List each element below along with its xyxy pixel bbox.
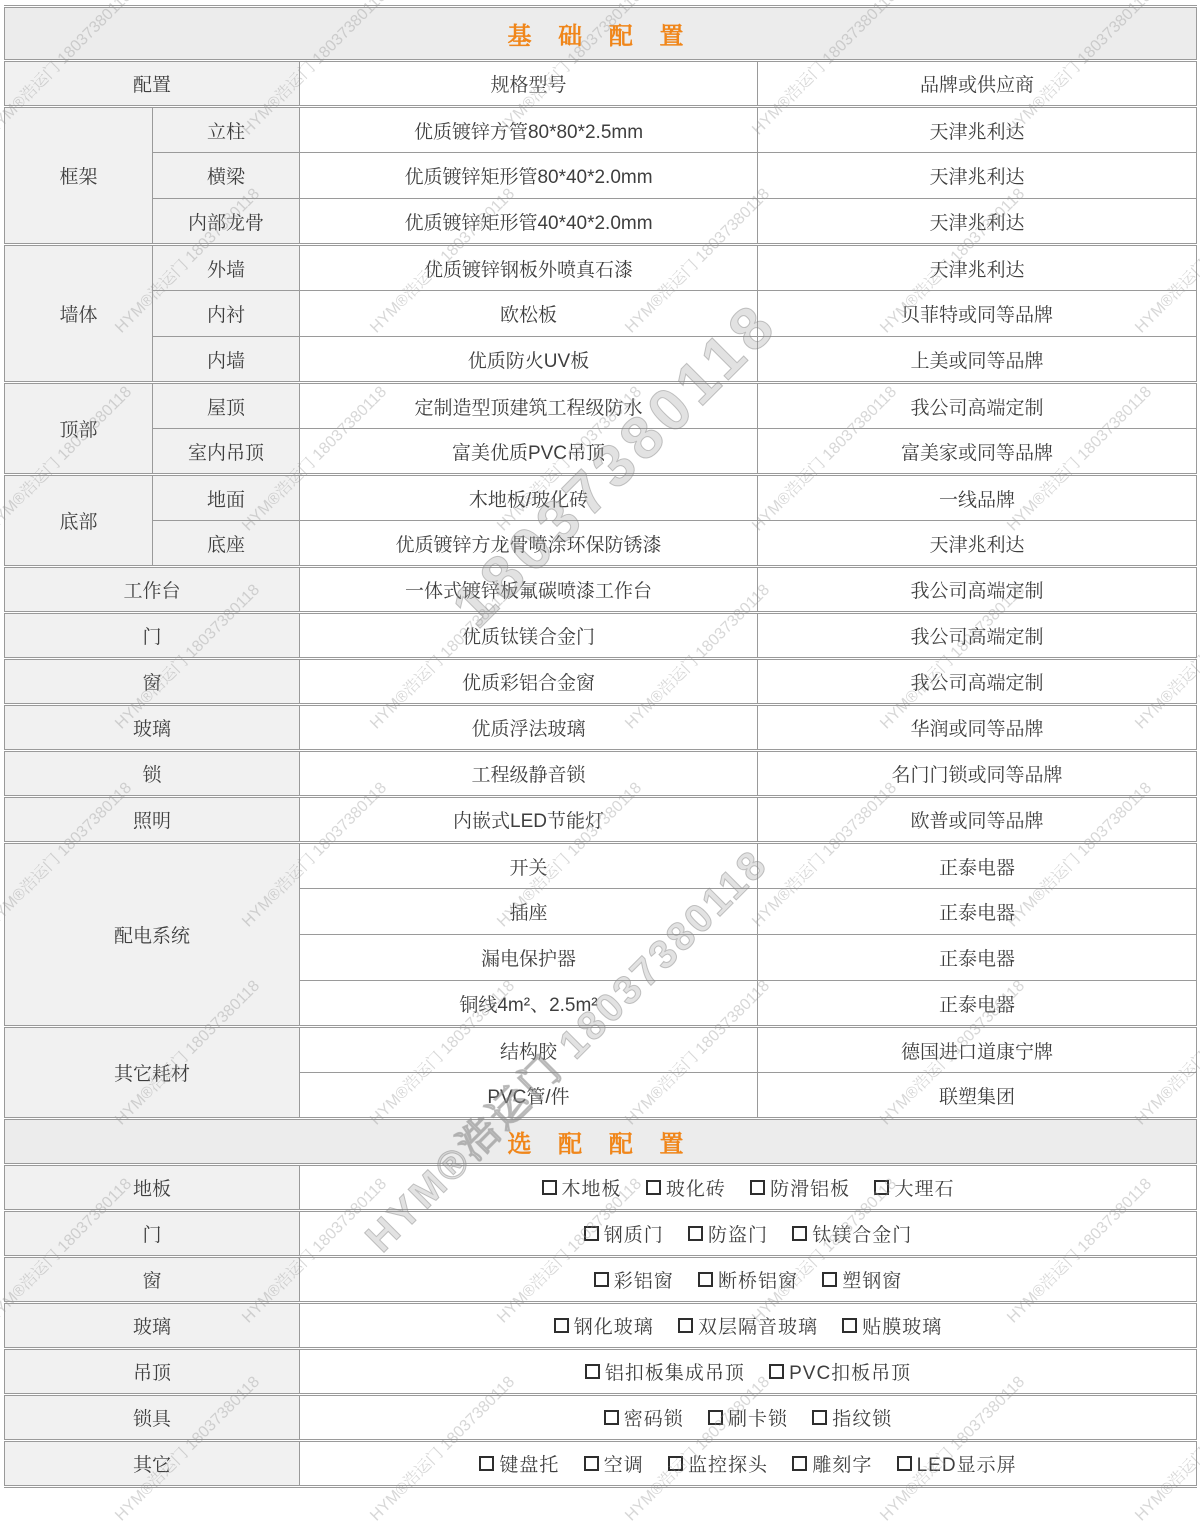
- brand-cell: 正泰电器: [758, 935, 1197, 981]
- option-label: 铝扣板集成吊顶: [605, 1358, 745, 1385]
- table-row: 框架 立柱 优质镀锌方管80*80*2.5mm 天津兆利达: [5, 107, 1197, 153]
- optional-row-window: 窗 彩铝窗 断桥铝窗 塑钢窗: [5, 1257, 1197, 1303]
- optional-row-locks: 锁具 密码锁 刷卡锁 指纹锁: [5, 1395, 1197, 1441]
- option-checkbox-item[interactable]: LED显示屏: [897, 1450, 1017, 1477]
- checkbox-icon[interactable]: [874, 1180, 889, 1195]
- table-row: 顶部 屋顶 定制造型顶建筑工程级防水 我公司高端定制: [5, 383, 1197, 429]
- category-cell: 窗: [5, 659, 300, 705]
- option-label: 玻化砖: [666, 1174, 726, 1201]
- option-checkbox-item[interactable]: 彩铝窗: [594, 1266, 674, 1293]
- brand-cell: 德国进口道康宁牌: [758, 1027, 1197, 1073]
- option-checkbox-item[interactable]: 大理石: [874, 1174, 954, 1201]
- section-title-optional: 选 配 配 置: [5, 1119, 1197, 1165]
- option-label: 双层隔音玻璃: [698, 1312, 818, 1339]
- spec-cell: 定制造型顶建筑工程级防水: [300, 383, 758, 429]
- table-row: 吊顶 铝扣板集成吊顶 PVC扣板吊顶: [5, 1349, 1197, 1395]
- section-basic-title: 基 础 配 置: [5, 7, 1197, 61]
- option-checkbox-item[interactable]: 刷卡锁: [708, 1404, 788, 1431]
- category-cell: 门: [5, 1211, 300, 1257]
- table-row: 窗 彩铝窗 断桥铝窗 塑钢窗: [5, 1257, 1197, 1303]
- sub-label-cell: 横梁: [153, 153, 300, 199]
- section-optional-title: 选 配 配 置: [5, 1119, 1197, 1165]
- row-glass: 玻璃 优质浮法玻璃 华润或同等品牌: [5, 705, 1197, 751]
- checkbox-icon[interactable]: [646, 1180, 661, 1195]
- brand-cell: 天津兆利达: [758, 199, 1197, 245]
- options-cell: 木地板 玻化砖 防滑铝板 大理石: [300, 1165, 1197, 1211]
- option-label: 贴膜玻璃: [862, 1312, 942, 1339]
- table-row: 其它 键盘托 空调 监控探头 雕刻字 LED显示屏: [5, 1441, 1197, 1487]
- option-checkbox-item[interactable]: 指纹锁: [812, 1404, 892, 1431]
- checkbox-icon[interactable]: [769, 1364, 784, 1379]
- optional-row-ceiling: 吊顶 铝扣板集成吊顶 PVC扣板吊顶: [5, 1349, 1197, 1395]
- table-row: 配置 规格型号 品牌或供应商: [5, 61, 1197, 107]
- checkbox-icon[interactable]: [688, 1226, 703, 1241]
- brand-cell: 贝菲特或同等品牌: [758, 291, 1197, 337]
- table-row: 底座 优质镀锌方龙骨喷涂环保防锈漆 天津兆利达: [5, 521, 1197, 567]
- option-checkbox-item[interactable]: 钢化玻璃: [554, 1312, 654, 1339]
- brand-cell: 我公司高端定制: [758, 567, 1197, 613]
- sub-label-cell: 底座: [153, 521, 300, 567]
- spec-cell: 优质镀锌方管80*80*2.5mm: [300, 107, 758, 153]
- brand-cell: 富美家或同等品牌: [758, 429, 1197, 475]
- option-checkbox-item[interactable]: 键盘托: [479, 1450, 559, 1477]
- spec-cell: 优质钛镁合金门: [300, 613, 758, 659]
- checkbox-icon[interactable]: [897, 1456, 912, 1471]
- option-label: 钢化玻璃: [574, 1312, 654, 1339]
- brand-cell: 我公司高端定制: [758, 383, 1197, 429]
- category-cell: 门: [5, 613, 300, 659]
- row-window: 窗 优质彩铝合金窗 我公司高端定制: [5, 659, 1197, 705]
- option-checkbox-item[interactable]: 贴膜玻璃: [842, 1312, 942, 1339]
- checkbox-icon[interactable]: [585, 1364, 600, 1379]
- sub-label-cell: 立柱: [153, 107, 300, 153]
- brand-cell: 联塑集团: [758, 1073, 1197, 1119]
- brand-cell: 天津兆利达: [758, 521, 1197, 567]
- brand-cell: 正泰电器: [758, 889, 1197, 935]
- group-other-consumables: 其它耗材 结构胶 德国进口道康宁牌 PVC管/件 联塑集团: [5, 1027, 1197, 1119]
- checkbox-icon[interactable]: [668, 1456, 683, 1471]
- option-label: LED显示屏: [917, 1450, 1017, 1477]
- spec-cell: 优质彩铝合金窗: [300, 659, 758, 705]
- table-row: 玻璃 优质浮法玻璃 华润或同等品牌: [5, 705, 1197, 751]
- optional-row-glass: 玻璃 钢化玻璃 双层隔音玻璃 贴膜玻璃: [5, 1303, 1197, 1349]
- table-header: 配置 规格型号 品牌或供应商: [5, 61, 1197, 107]
- option-checkbox-item[interactable]: 防滑铝板: [750, 1174, 850, 1201]
- checkbox-icon[interactable]: [698, 1272, 713, 1287]
- checkbox-icon[interactable]: [604, 1410, 619, 1425]
- table-row: 选 配 配 置: [5, 1119, 1197, 1165]
- brand-cell: 正泰电器: [758, 981, 1197, 1027]
- option-checkbox-item[interactable]: 塑钢窗: [822, 1266, 902, 1293]
- option-checkbox-item[interactable]: 雕刻字: [792, 1450, 872, 1477]
- table-row: 墙体 外墙 优质镀锌钢板外喷真石漆 天津兆利达: [5, 245, 1197, 291]
- option-label: 断桥铝窗: [718, 1266, 798, 1293]
- category-cell: 配电系统: [5, 843, 300, 1027]
- brand-cell: 我公司高端定制: [758, 613, 1197, 659]
- options-cell: 密码锁 刷卡锁 指纹锁: [300, 1395, 1197, 1441]
- table-row: 底部 地面 木地板/玻化砖 一线品牌: [5, 475, 1197, 521]
- options-cell: 彩铝窗 断桥铝窗 塑钢窗: [300, 1257, 1197, 1303]
- brand-cell: 名门门锁或同等品牌: [758, 751, 1197, 797]
- spec-cell: 漏电保护器: [300, 935, 758, 981]
- option-label: 大理石: [894, 1174, 954, 1201]
- table-row: 其它耗材 结构胶 德国进口道康宁牌: [5, 1027, 1197, 1073]
- option-checkbox-item[interactable]: 双层隔音玻璃: [678, 1312, 818, 1339]
- spec-cell: 富美优质PVC吊顶: [300, 429, 758, 475]
- table-row: 工作台 一体式镀锌板氟碳喷漆工作台 我公司高端定制: [5, 567, 1197, 613]
- spec-cell: 优质防火UV板: [300, 337, 758, 383]
- spec-cell: 插座: [300, 889, 758, 935]
- option-label: 防滑铝板: [770, 1174, 850, 1201]
- category-cell: 锁具: [5, 1395, 300, 1441]
- checkbox-icon[interactable]: [554, 1318, 569, 1333]
- row-workbench: 工作台 一体式镀锌板氟碳喷漆工作台 我公司高端定制: [5, 567, 1197, 613]
- table-row: 门 钢质门 防盗门 钛镁合金门: [5, 1211, 1197, 1257]
- optional-row-other: 其它 键盘托 空调 监控探头 雕刻字 LED显示屏: [5, 1441, 1197, 1487]
- row-lighting: 照明 内嵌式LED节能灯 欧普或同等品牌: [5, 797, 1197, 843]
- table-row: 窗 优质彩铝合金窗 我公司高端定制: [5, 659, 1197, 705]
- brand-cell: 天津兆利达: [758, 107, 1197, 153]
- option-checkbox-item[interactable]: 密码锁: [604, 1404, 684, 1431]
- checkbox-icon[interactable]: [594, 1272, 609, 1287]
- option-label: 空调: [604, 1450, 644, 1477]
- option-label: 塑钢窗: [842, 1266, 902, 1293]
- group-power-system: 配电系统 开关 正泰电器 插座 正泰电器 漏电保护器 正泰电器 铜线4m²、2.…: [5, 843, 1197, 1027]
- option-label: 雕刻字: [812, 1450, 872, 1477]
- option-label: 防盗门: [708, 1220, 768, 1247]
- table-row: 内衬 欧松板 贝菲特或同等品牌: [5, 291, 1197, 337]
- sub-label-cell: 屋顶: [153, 383, 300, 429]
- option-checkbox-item[interactable]: 监控探头: [668, 1450, 768, 1477]
- row-lock: 锁 工程级静音锁 名门门锁或同等品牌: [5, 751, 1197, 797]
- spec-cell: 一体式镀锌板氟碳喷漆工作台: [300, 567, 758, 613]
- spec-cell: 铜线4m²、2.5m²: [300, 981, 758, 1027]
- sub-label-cell: 内部龙骨: [153, 199, 300, 245]
- spec-cell: PVC管/件: [300, 1073, 758, 1119]
- spec-cell: 开关: [300, 843, 758, 889]
- option-checkbox-item[interactable]: 空调: [584, 1450, 644, 1477]
- checkbox-icon[interactable]: [812, 1410, 827, 1425]
- category-cell: 工作台: [5, 567, 300, 613]
- checkbox-icon[interactable]: [678, 1318, 693, 1333]
- category-cell: 玻璃: [5, 1303, 300, 1349]
- option-label: 键盘托: [499, 1450, 559, 1477]
- option-label: 钛镁合金门: [812, 1220, 912, 1247]
- table-row: 基 础 配 置: [5, 7, 1197, 61]
- spec-cell: 结构胶: [300, 1027, 758, 1073]
- brand-cell: 一线品牌: [758, 475, 1197, 521]
- category-cell: 其它: [5, 1441, 300, 1487]
- table-row: 内墙 优质防火UV板 上美或同等品牌: [5, 337, 1197, 383]
- table-row: 内部龙骨 优质镀锌矩形管40*40*2.0mm 天津兆利达: [5, 199, 1197, 245]
- option-checkbox-item[interactable]: 钛镁合金门: [792, 1220, 912, 1247]
- spec-cell: 优质镀锌矩形管80*40*2.0mm: [300, 153, 758, 199]
- checkbox-icon[interactable]: [479, 1456, 494, 1471]
- option-label: 指纹锁: [832, 1404, 892, 1431]
- sub-label-cell: 内衬: [153, 291, 300, 337]
- option-checkbox-item[interactable]: 木地板: [542, 1174, 622, 1201]
- sub-label-cell: 内墙: [153, 337, 300, 383]
- option-checkbox-item[interactable]: 钢质门: [584, 1220, 664, 1247]
- options-cell: 钢化玻璃 双层隔音玻璃 贴膜玻璃: [300, 1303, 1197, 1349]
- checkbox-icon[interactable]: [792, 1456, 807, 1471]
- section-title-basic: 基 础 配 置: [5, 7, 1197, 61]
- brand-cell: 欧普或同等品牌: [758, 797, 1197, 843]
- table-row: 配电系统 开关 正泰电器: [5, 843, 1197, 889]
- table-row: 锁 工程级静音锁 名门门锁或同等品牌: [5, 751, 1197, 797]
- category-cell: 吊顶: [5, 1349, 300, 1395]
- table-row: 照明 内嵌式LED节能灯 欧普或同等品牌: [5, 797, 1197, 843]
- option-label: 监控探头: [688, 1450, 768, 1477]
- brand-cell: 我公司高端定制: [758, 659, 1197, 705]
- brand-cell: 正泰电器: [758, 843, 1197, 889]
- spec-cell: 工程级静音锁: [300, 751, 758, 797]
- header-brand: 品牌或供应商: [758, 61, 1197, 107]
- option-label: 刷卡锁: [728, 1404, 788, 1431]
- option-checkbox-item[interactable]: 断桥铝窗: [698, 1266, 798, 1293]
- header-spec: 规格型号: [300, 61, 758, 107]
- options-cell: 键盘托 空调 监控探头 雕刻字 LED显示屏: [300, 1441, 1197, 1487]
- category-cell: 顶部: [5, 383, 153, 475]
- header-config: 配置: [5, 61, 300, 107]
- group-roof: 顶部 屋顶 定制造型顶建筑工程级防水 我公司高端定制 室内吊顶 富美优质PVC吊…: [5, 383, 1197, 475]
- checkbox-icon[interactable]: [584, 1456, 599, 1471]
- group-bottom: 底部 地面 木地板/玻化砖 一线品牌 底座 优质镀锌方龙骨喷涂环保防锈漆 天津兆…: [5, 475, 1197, 567]
- category-cell: 底部: [5, 475, 153, 567]
- category-cell: 地板: [5, 1165, 300, 1211]
- category-cell: 窗: [5, 1257, 300, 1303]
- brand-cell: 上美或同等品牌: [758, 337, 1197, 383]
- group-wall: 墙体 外墙 优质镀锌钢板外喷真石漆 天津兆利达 内衬 欧松板 贝菲特或同等品牌 …: [5, 245, 1197, 383]
- optional-row-door: 门 钢质门 防盗门 钛镁合金门: [5, 1211, 1197, 1257]
- option-label: 彩铝窗: [614, 1266, 674, 1293]
- table-row: 室内吊顶 富美优质PVC吊顶 富美家或同等品牌: [5, 429, 1197, 475]
- spec-cell: 优质浮法玻璃: [300, 705, 758, 751]
- configuration-table: 基 础 配 置 配置 规格型号 品牌或供应商 框架 立柱 优质镀锌方管80*80…: [4, 5, 1197, 1488]
- table-row: 门 优质钛镁合金门 我公司高端定制: [5, 613, 1197, 659]
- spec-cell: 优质镀锌矩形管40*40*2.0mm: [300, 199, 758, 245]
- sub-label-cell: 地面: [153, 475, 300, 521]
- checkbox-icon[interactable]: [542, 1180, 557, 1195]
- category-cell: 玻璃: [5, 705, 300, 751]
- spec-cell: 木地板/玻化砖: [300, 475, 758, 521]
- group-frame: 框架 立柱 优质镀锌方管80*80*2.5mm 天津兆利达 横梁 优质镀锌矩形管…: [5, 107, 1197, 245]
- options-cell: 铝扣板集成吊顶 PVC扣板吊顶: [300, 1349, 1197, 1395]
- sub-label-cell: 外墙: [153, 245, 300, 291]
- option-checkbox-item[interactable]: 防盗门: [688, 1220, 768, 1247]
- option-label: 木地板: [562, 1174, 622, 1201]
- checkbox-icon[interactable]: [750, 1180, 765, 1195]
- category-cell: 锁: [5, 751, 300, 797]
- spec-cell: 欧松板: [300, 291, 758, 337]
- checkbox-icon[interactable]: [792, 1226, 807, 1241]
- table-row: 玻璃 钢化玻璃 双层隔音玻璃 贴膜玻璃: [5, 1303, 1197, 1349]
- table-row: 地板 木地板 玻化砖 防滑铝板 大理石: [5, 1165, 1197, 1211]
- category-cell: 其它耗材: [5, 1027, 300, 1119]
- table-row: 横梁 优质镀锌矩形管80*40*2.0mm 天津兆利达: [5, 153, 1197, 199]
- option-checkbox-item[interactable]: PVC扣板吊顶: [769, 1358, 911, 1385]
- spec-cell: 内嵌式LED节能灯: [300, 797, 758, 843]
- sub-label-cell: 室内吊顶: [153, 429, 300, 475]
- category-cell: 照明: [5, 797, 300, 843]
- brand-cell: 天津兆利达: [758, 153, 1197, 199]
- option-checkbox-item[interactable]: 铝扣板集成吊顶: [585, 1358, 745, 1385]
- option-label: PVC扣板吊顶: [789, 1358, 911, 1385]
- option-label: 钢质门: [604, 1220, 664, 1247]
- brand-cell: 天津兆利达: [758, 245, 1197, 291]
- option-label: 密码锁: [624, 1404, 684, 1431]
- category-cell: 框架: [5, 107, 153, 245]
- checkbox-icon[interactable]: [584, 1226, 599, 1241]
- brand-cell: 华润或同等品牌: [758, 705, 1197, 751]
- spec-sheet-page: 18037380118 HYM®浩运门 18037380118 HYM®浩运门 …: [0, 0, 1200, 1538]
- checkbox-icon[interactable]: [822, 1272, 837, 1287]
- option-checkbox-item[interactable]: 玻化砖: [646, 1174, 726, 1201]
- options-cell: 钢质门 防盗门 钛镁合金门: [300, 1211, 1197, 1257]
- row-door: 门 优质钛镁合金门 我公司高端定制: [5, 613, 1197, 659]
- checkbox-icon[interactable]: [708, 1410, 723, 1425]
- category-cell: 墙体: [5, 245, 153, 383]
- checkbox-icon[interactable]: [842, 1318, 857, 1333]
- table-row: 锁具 密码锁 刷卡锁 指纹锁: [5, 1395, 1197, 1441]
- spec-cell: 优质镀锌钢板外喷真石漆: [300, 245, 758, 291]
- optional-row-floor: 地板 木地板 玻化砖 防滑铝板 大理石: [5, 1165, 1197, 1211]
- spec-cell: 优质镀锌方龙骨喷涂环保防锈漆: [300, 521, 758, 567]
